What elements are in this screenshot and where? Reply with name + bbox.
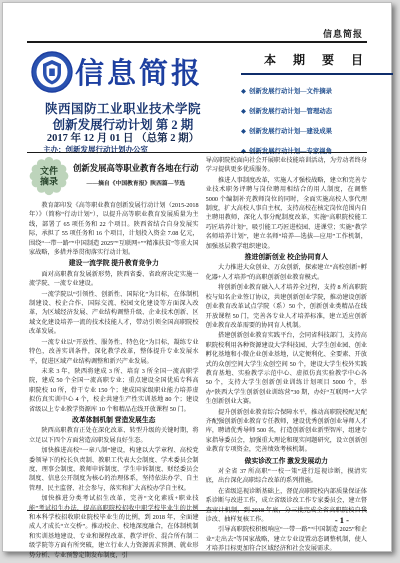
toc-item-label: 创新发展行动计划—文件摘录 xyxy=(249,86,332,95)
toc-item-label: 创新发展行动计划—专家视角 xyxy=(249,146,332,155)
diamond-bullet-icon: ◆ xyxy=(241,127,246,135)
diamond-bullet-icon: ◆ xyxy=(241,107,246,115)
article-header: 文件 摘录 创新发展高等职业教育各地在行动 ——摘自《中国教育报》陕西篇—节选 xyxy=(29,156,199,198)
host-office-line: 主办：创新发展行动计划办公室 xyxy=(43,144,148,155)
paragraph: 未来 3 年，陕西将建成 3 所、培育 3 所全国一流高职学院，建成 50 个全… xyxy=(29,367,199,414)
issue-date: 2017 年 12 月 01 日 （总第 2 期） xyxy=(33,130,213,145)
section-heading: 建设一流学院 提升教育竞争力 xyxy=(29,259,199,268)
diamond-bullet-icon: ◆ xyxy=(241,87,246,95)
toc-rule xyxy=(241,73,393,75)
paragraph: 一流专业以“开放性、服务性、特色化”为目标，凝练专业特色，改善实训条件，深化教学… xyxy=(29,338,199,366)
paragraph: 加快推进分类考试招生改革，完善“文化素质+职业技能”考试招生办法，提高高职院校招… xyxy=(29,494,199,560)
paragraph: 大力推进大众创业、万众创新，探索建立“高校创新+孵化器+人才培养”的高职创新创业… xyxy=(206,263,367,282)
right-column: 导高职院校面向社会开展职业技能培训活动，为劳动者终身学习提供更多优质服务。 推进… xyxy=(206,156,367,503)
paragraph: 推进人事制度改革，实施人才强校战略，建立和完善专业技术职务评聘与岗位聘用相结合的… xyxy=(206,176,367,251)
paragraph: 将创新创业教育融入人才培养全过程，支持 8 所高职院校与知名企业签订协议，共建创… xyxy=(206,283,367,330)
toc-item[interactable]: ◆ 创新发展行动计划—专家视角 xyxy=(241,146,393,155)
toc: 本 期 要 目 ◆ 创新发展行动计划—文件摘录 ◆ 创新发展行动计划—管理动态 … xyxy=(241,51,393,155)
toc-item[interactable]: ◆ 创新发展行动计划—建设成果 xyxy=(241,126,393,135)
toc-item[interactable]: ◆ 创新发展行动计划—文件摘录 xyxy=(241,86,393,95)
toc-item[interactable]: ◆ 创新发展行动计划—管理动态 xyxy=(241,106,393,115)
left-column: 文件 摘录 创新发展高等职业教育各地在行动 ——摘自《中国教育报》陕西篇—节选 … xyxy=(29,156,199,503)
paragraph: 搭建创新创业教育实践平台，会同省科技部门，支持高职院校利用各种资源建设大学科技园… xyxy=(206,331,367,406)
paragraph: 面对高职教育发展新形势，陕西省委、省政府决定实施一流学院、一流专业建设。 xyxy=(29,270,199,289)
svg-text:摘录: 摘录 xyxy=(39,176,58,187)
running-header: 信息简报 xyxy=(323,27,363,40)
bulletin-title: 信息简报 xyxy=(75,51,203,92)
article-headline: 创新发展高等职业教育各地在行动 xyxy=(73,156,199,174)
top-rule xyxy=(27,41,367,43)
article-byline: ——摘自《中国教育报》陕西篇—节选 xyxy=(73,178,199,187)
section-heading: 推进创新创业 校企协同育人 xyxy=(206,253,367,262)
diamond-bullet-icon: ◆ xyxy=(241,147,246,155)
paragraph: 引导高职院校积极响应“一带一路”“中国制造 2025”和企业“走出去”等国家战略… xyxy=(206,525,367,553)
paragraph: 加快推进高校“一章八制”建设，构建以大学章程、高校党委领导下的校长负责制、教职工… xyxy=(29,446,199,493)
toc-item-label: 创新发展行动计划—建设成果 xyxy=(249,126,332,135)
paragraph: 对全省 37 所高职“一校一策”进行巡视诊断，摸清实底，出台深化高职综合改革的系… xyxy=(206,467,367,486)
paragraph: 提升创新创业教育综合保障水平，推动高职院校配足配齐配强创新创业教育专任教师，建设… xyxy=(206,408,367,455)
bulletin-page: 信息简报 信息简报 陕西国防工业职业技术学院 创新发展行动计划 第 2 期 20… xyxy=(2,2,392,552)
section-heading: 改革体制机制 营造发展生态 xyxy=(29,416,199,425)
section-heading: 做实诊改工作 激发发展动力 xyxy=(206,457,367,466)
toc-title: 本 期 要 目 xyxy=(241,51,393,68)
svg-text:文件: 文件 xyxy=(40,165,58,176)
body-columns: 文件 摘录 创新发展高等职业教育各地在行动 ——摘自《中国教育报》陕西篇—节选 … xyxy=(29,156,367,503)
toc-item-label: 创新发展行动计划—管理动态 xyxy=(249,106,332,115)
school-emblem-icon xyxy=(31,51,73,93)
page-number: - 1 - xyxy=(335,515,349,525)
footer-rule xyxy=(27,510,367,511)
paragraph: 一流学院以“引领性、创新性、国际化”为目标，在体制机制建设、校企合作、国际交流、… xyxy=(29,290,199,337)
masthead-separator-rule xyxy=(27,152,367,153)
paragraph: 陕西高职教育正处在深化改革、转型升级的关键时期，将立足以下四个方面营造高职发展良… xyxy=(29,426,199,445)
paragraph: 教育部印发《高等职业教育创新发展行动计划（2015-2018 年）》（简称“行动… xyxy=(29,201,199,257)
flower-stamp-icon: 文件 摘录 xyxy=(29,156,69,196)
paragraph-continuation: 导高职院校面向社会开展职业技能培训活动，为劳动者终身学习提供更多优质服务。 xyxy=(206,156,367,175)
